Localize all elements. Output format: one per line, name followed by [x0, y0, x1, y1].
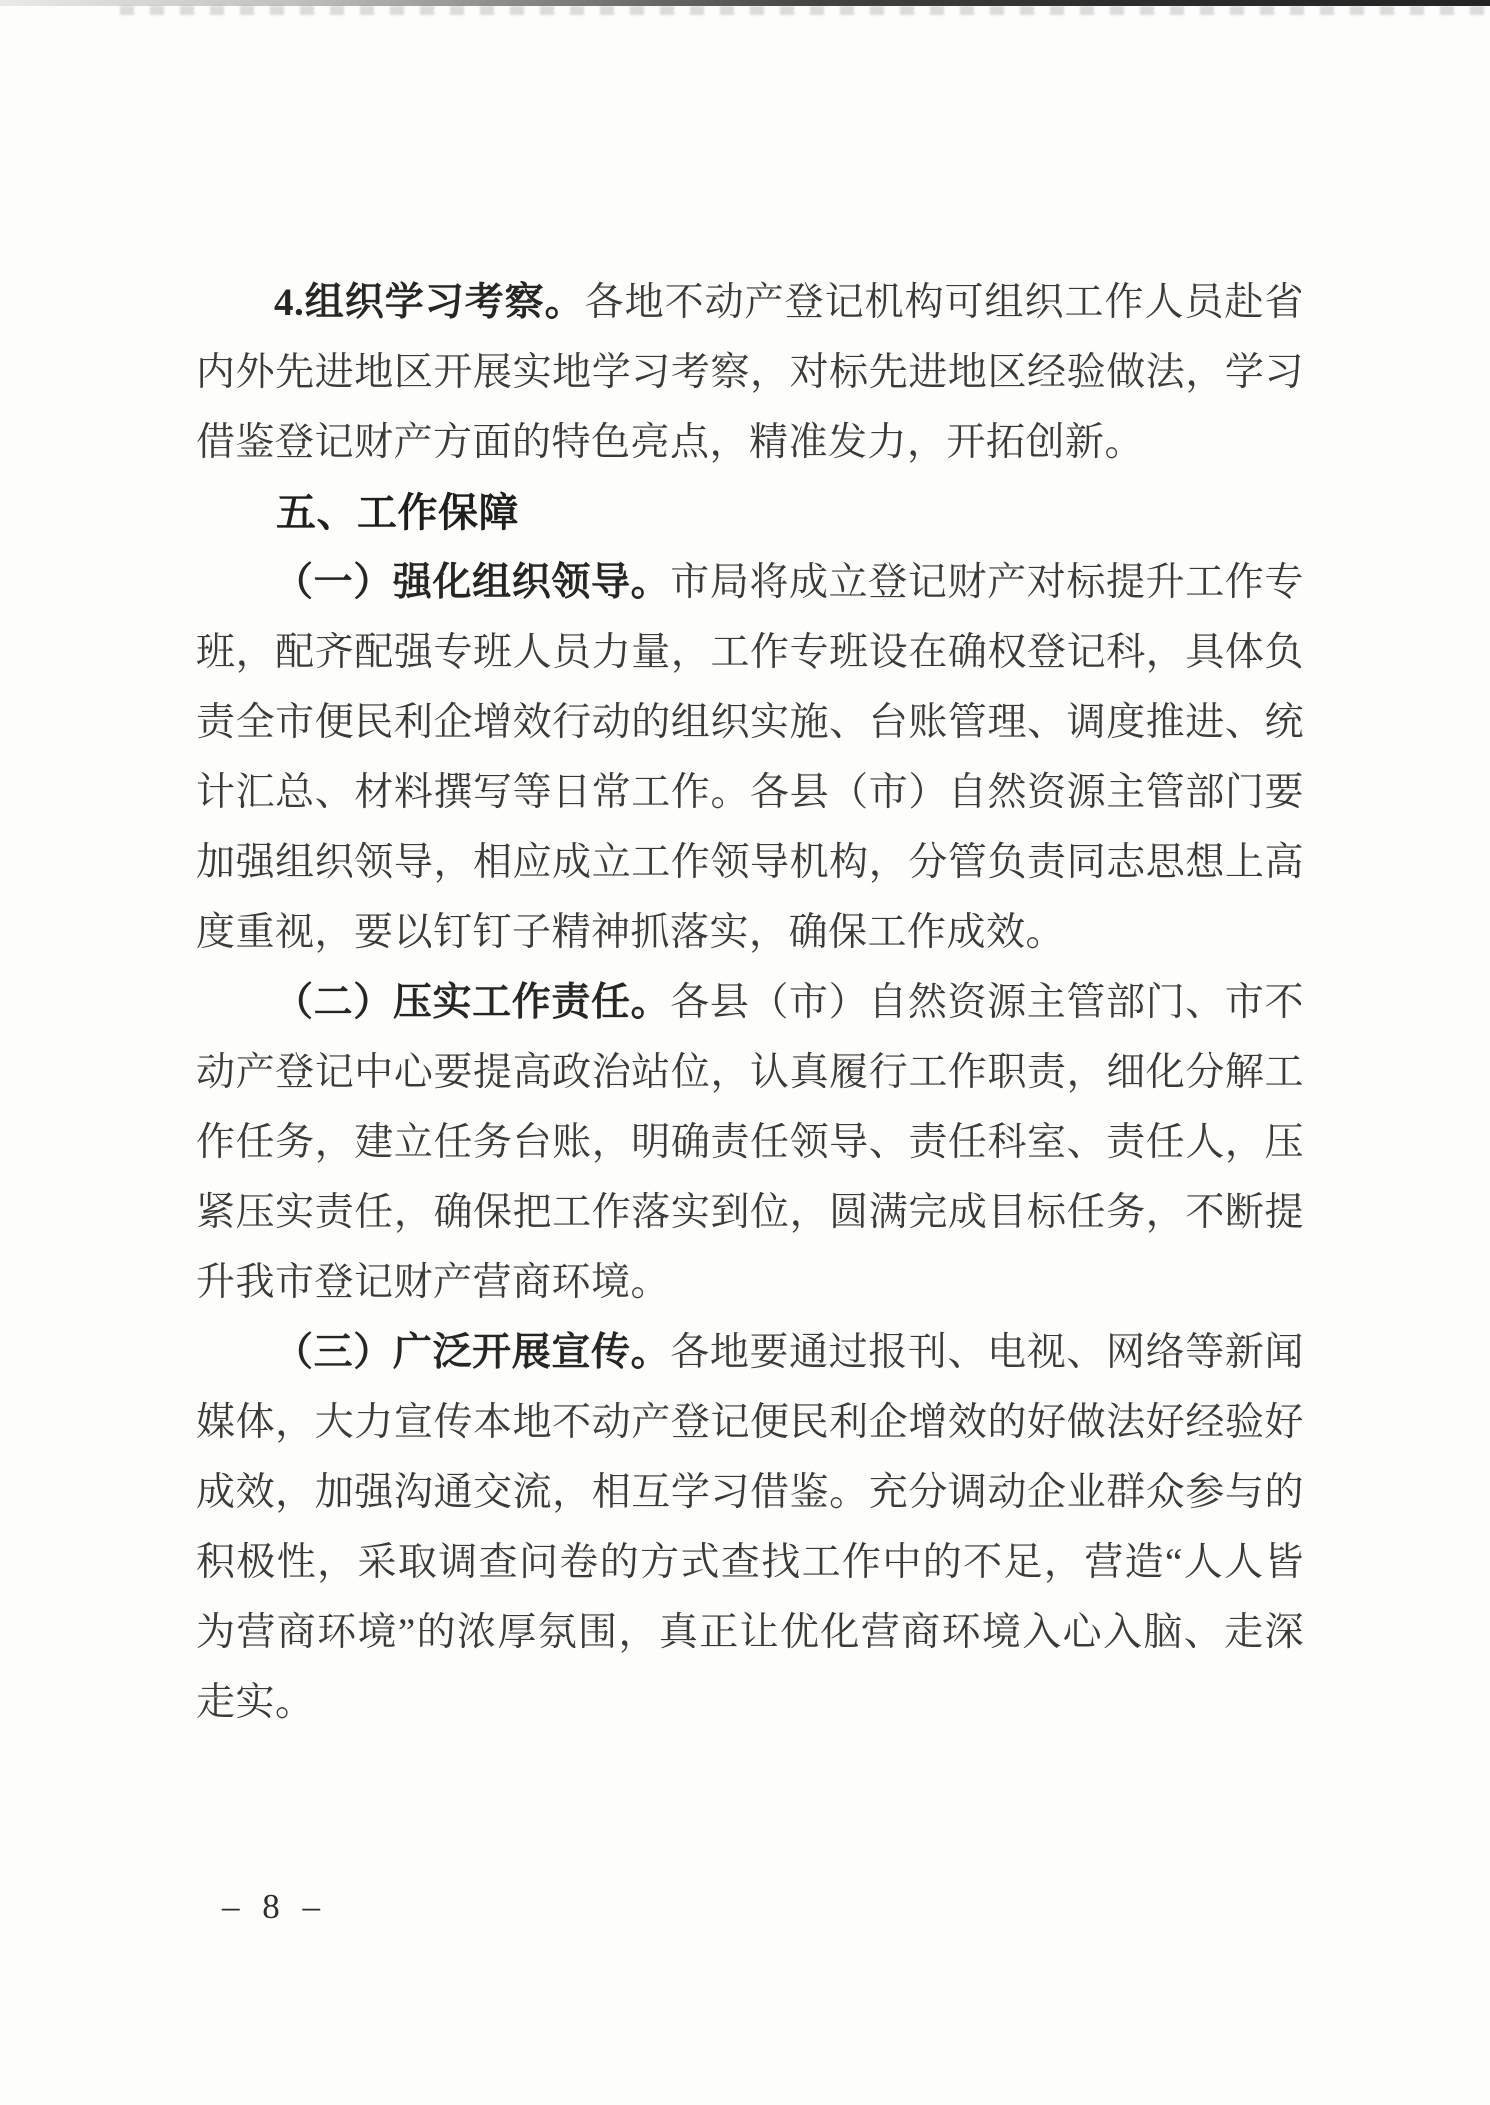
document-body: 4.组织学习考察。各地不动产登记机构可组织工作人员赴省内外先进地区开展实地学习考…: [196, 268, 1304, 1738]
section-heading: 五、工作保障: [196, 478, 1304, 548]
paragraph-item-4: 4.组织学习考察。各地不动产登记机构可组织工作人员赴省内外先进地区开展实地学习考…: [196, 268, 1304, 478]
paragraph-lead: （二）压实工作责任。: [274, 981, 670, 1024]
page-number: – 8 –: [222, 1883, 327, 1931]
paragraph-lead: 4.组织学习考察。: [274, 281, 585, 324]
document-page: 4.组织学习考察。各地不动产登记机构可组织工作人员赴省内外先进地区开展实地学习考…: [0, 0, 1490, 2105]
scan-edge-haze: [120, 6, 1490, 15]
paragraph-lead: （三）广泛开展宣传。: [274, 1331, 670, 1374]
paragraph-text: 市局将成立登记财产对标提升工作专班，配齐配强专班人员力量，工作专班设在确权登记科…: [196, 561, 1304, 954]
paragraph-text: 各县（市）自然资源主管部门、市不动产登记中心要提高政治站位，认真履行工作职责，细…: [196, 981, 1304, 1304]
paragraph-text: 各地要通过报刊、电视、网络等新闻媒体，大力宣传本地不动产登记便民利企增效的好做法…: [196, 1331, 1304, 1724]
paragraph-sub-3: （三）广泛开展宣传。各地要通过报刊、电视、网络等新闻媒体，大力宣传本地不动产登记…: [196, 1318, 1304, 1738]
paragraph-sub-1: （一）强化组织领导。市局将成立登记财产对标提升工作专班，配齐配强专班人员力量，工…: [196, 548, 1304, 968]
paragraph-lead: （一）强化组织领导。: [274, 561, 670, 604]
paragraph-sub-2: （二）压实工作责任。各县（市）自然资源主管部门、市不动产登记中心要提高政治站位，…: [196, 968, 1304, 1318]
